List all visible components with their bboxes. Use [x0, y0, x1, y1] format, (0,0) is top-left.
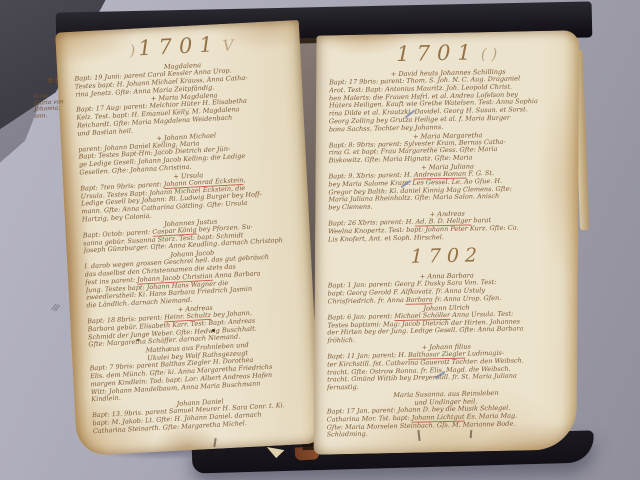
right-page: 1701( )+ David heuts Johannes Schillings… [314, 30, 580, 455]
right-page-text: 1701( )+ David heuts Johannes Schillings… [314, 30, 580, 455]
pencil-hatch-mark: /// [51, 302, 60, 313]
ink-spot [137, 339, 139, 341]
year-header: 1702 [328, 239, 566, 274]
photo-background: )1701VMagdalenaBapt: 19 Junii: parent Ca… [0, 0, 640, 480]
ink-spot [212, 329, 215, 332]
left-page-text: )1701VMagdalenaBapt: 19 Junii: parent Ca… [55, 20, 321, 456]
margin-note: AnnaMaria vonJohanna,ann. [33, 92, 64, 120]
margin-number-tag: #4 [47, 76, 59, 86]
left-page: )1701VMagdalenaBapt: 19 Junii: parent Ca… [55, 20, 321, 456]
year-header: 1701( ) [329, 37, 567, 70]
